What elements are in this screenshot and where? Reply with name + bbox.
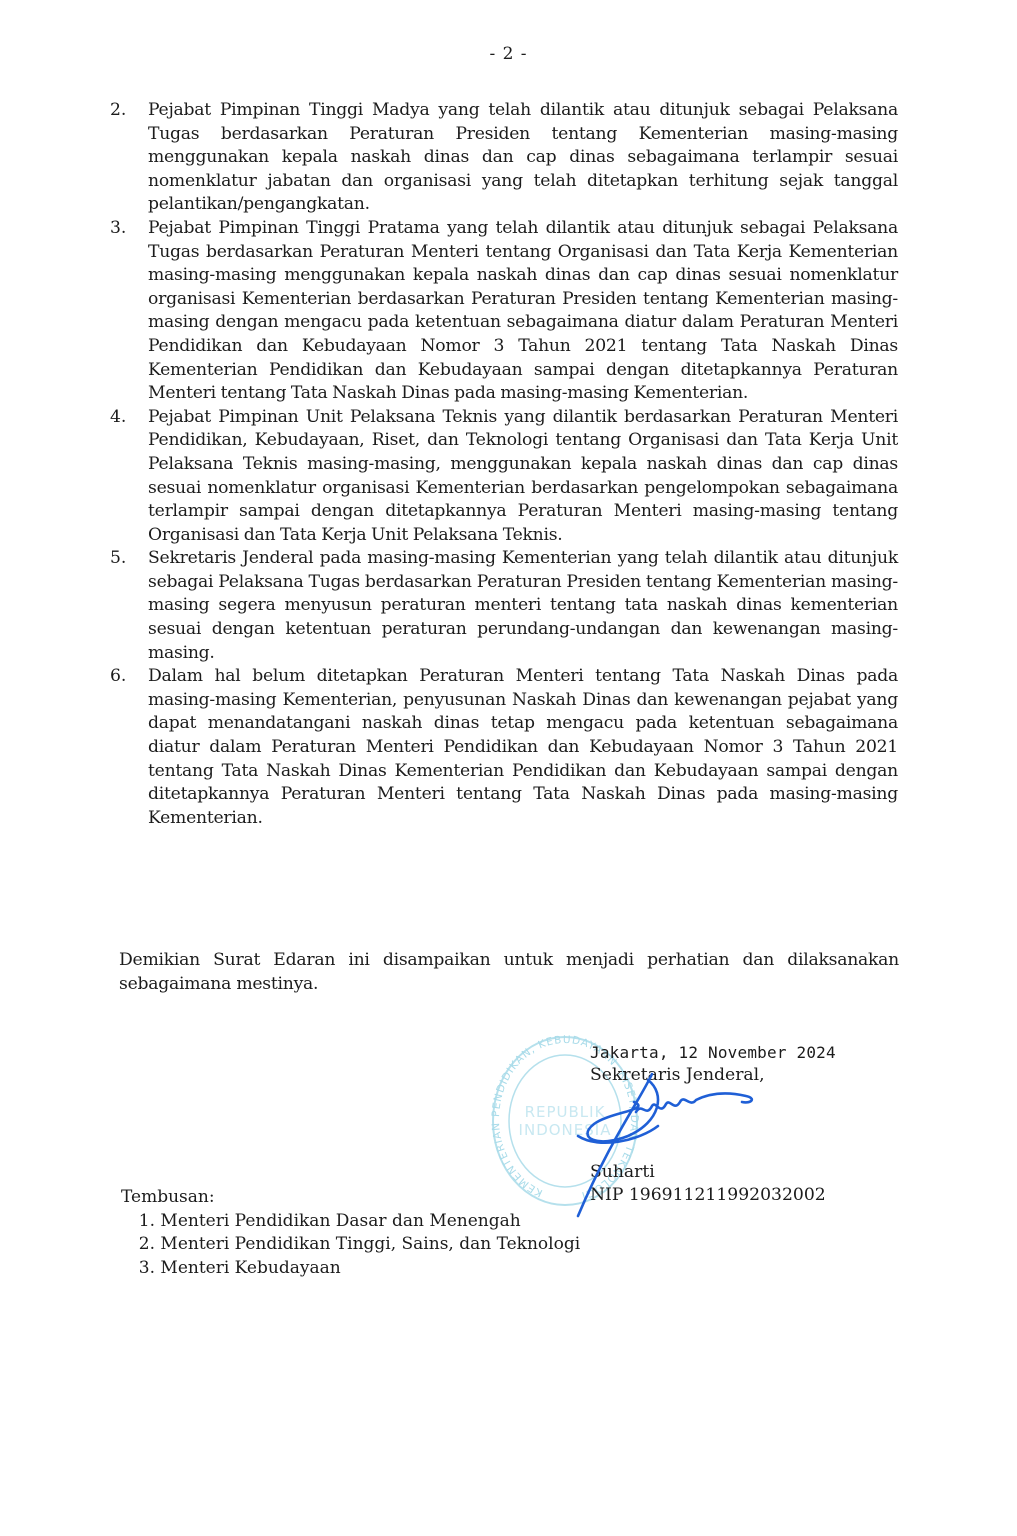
item-text: Pejabat Pimpinan Unit Pelaksana Teknis y… [148, 406, 898, 548]
list-item: 6. Dalam hal belum ditetapkan Peraturan … [110, 665, 898, 830]
page-number: - 2 - [0, 44, 1017, 64]
place-date: Jakarta, 12 November 2024 [590, 1041, 836, 1064]
closing-paragraph: Demikian Surat Edaran ini disampaikan un… [119, 948, 899, 996]
cc-text: Menteri Kebudayaan [160, 1257, 340, 1281]
item-number: 5. [110, 547, 148, 665]
list-item: 5. Sekretaris Jenderal pada masing-masin… [110, 547, 898, 665]
item-number: 2. [110, 99, 148, 217]
list-item: 4. Pejabat Pimpinan Unit Pelaksana Tekni… [110, 406, 898, 548]
cc-number: 1. [121, 1210, 155, 1234]
numbered-list: 2. Pejabat Pimpinan Tinggi Madya yang te… [110, 99, 898, 830]
handwritten-signature-icon [570, 1070, 770, 1220]
list-item: 2. Pejabat Pimpinan Tinggi Madya yang te… [110, 99, 898, 217]
cc-text: Menteri Pendidikan Dasar dan Menengah [160, 1210, 520, 1234]
carbon-copy-section: Tembusan: 1. Menteri Pendidikan Dasar da… [121, 1186, 580, 1280]
cc-item: 1. Menteri Pendidikan Dasar dan Menengah [121, 1210, 580, 1234]
cc-number: 3. [121, 1257, 155, 1281]
list-item: 3. Pejabat Pimpinan Tinggi Pratama yang … [110, 217, 898, 406]
item-text: Dalam hal belum ditetapkan Peraturan Men… [148, 665, 898, 830]
cc-item: 2. Menteri Pendidikan Tinggi, Sains, dan… [121, 1233, 580, 1257]
cc-label: Tembusan: [121, 1186, 580, 1210]
cc-number: 2. [121, 1233, 155, 1257]
item-text: Sekretaris Jenderal pada masing-masing K… [148, 547, 898, 665]
cc-item: 3. Menteri Kebudayaan [121, 1257, 580, 1281]
item-number: 3. [110, 217, 148, 406]
cc-text: Menteri Pendidikan Tinggi, Sains, dan Te… [160, 1233, 580, 1257]
item-number: 4. [110, 406, 148, 548]
item-text: Pejabat Pimpinan Tinggi Madya yang telah… [148, 99, 898, 217]
item-text: Pejabat Pimpinan Tinggi Pratama yang tel… [148, 217, 898, 406]
item-number: 6. [110, 665, 148, 830]
